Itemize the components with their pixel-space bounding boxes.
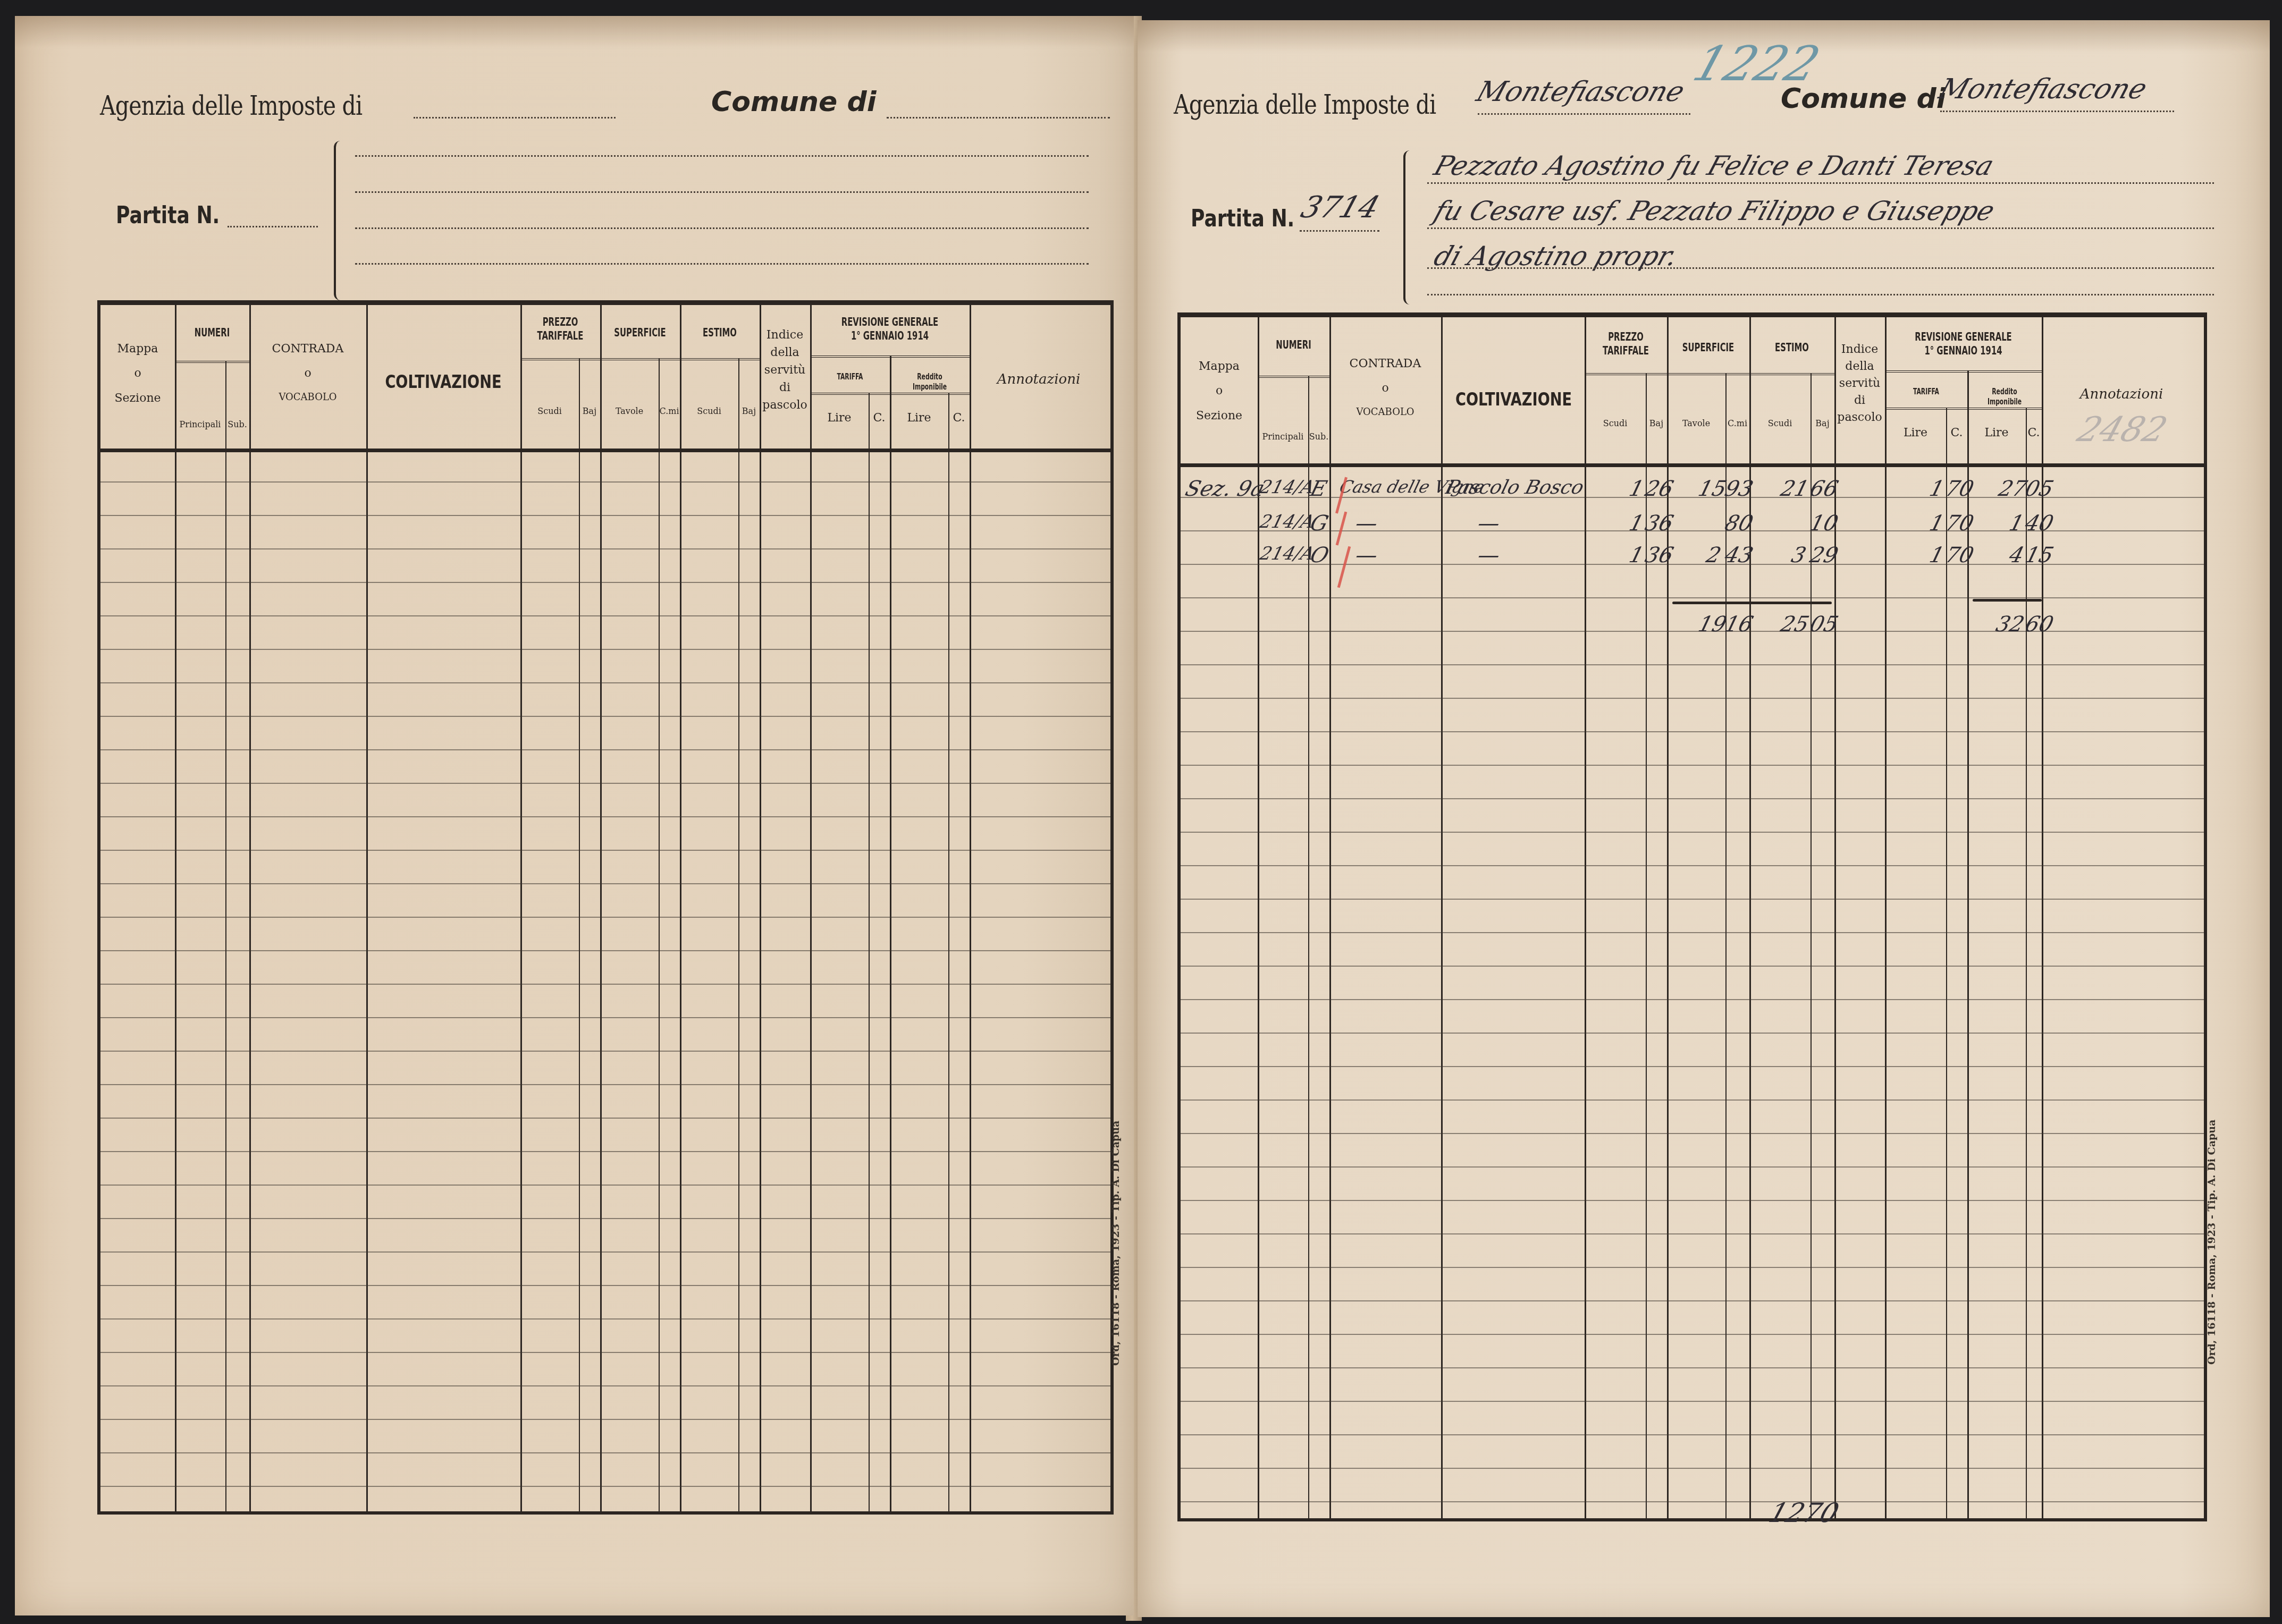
parcel-table-right: MappaoSezione NUMERI Principali Sub. CON… [1177,312,2207,1521]
footer-note: 1270 [1765,1498,1843,1528]
comune-field[interactable] [887,117,1110,119]
owner-rule [1427,227,2214,229]
partita-field [1300,230,1379,232]
owner-brace [334,141,343,300]
left-page: Agenzia delle Imposte di Comune di Parti… [15,16,1134,1615]
cell-principali: 214/A [1258,511,1317,532]
agenzia-field[interactable] [414,117,616,119]
printer-imprint-left: Ord, 16118 - Roma, 1923 - Tip. A. Di Cap… [1110,1121,1122,1366]
row-rules [100,305,1110,1511]
comune-field [1940,111,2174,112]
owner-line-4[interactable] [355,263,1089,265]
right-page: 1222 Agenzia delle Imposte di Montefiasc… [1138,20,2270,1617]
comune-label: Comune di [1781,83,1946,115]
comune-value[interactable]: Montefiascone [1935,73,2151,105]
agenzia-field [1478,113,1690,115]
owner-line-2[interactable] [355,191,1089,193]
owner-line-4[interactable] [1427,294,2214,295]
page-top-edge [15,16,1134,48]
partita-label: Partita N. [116,202,220,229]
cell-mappa: Sez. 9a [1183,477,1267,501]
partita-label: Partita N. [1191,205,1294,232]
cell-principali: 214/A [1258,543,1317,564]
total-rule [1973,599,2042,602]
partita-field[interactable] [228,226,318,227]
owner-line-3[interactable] [355,227,1089,229]
agenzia-value[interactable]: Montefiascone [1472,76,1688,108]
owner-line-1[interactable] [355,155,1089,157]
cell-coltivazione: Pascolo Bosco [1444,477,1586,498]
total-rule [1672,602,1832,604]
partita-value[interactable]: 3714 [1296,190,1384,225]
parcel-table-left: MappaoSezione NUMERI Principali Sub. CON… [97,300,1114,1515]
agenzia-label: Agenzia delle Imposte di [100,90,362,121]
owner-line-1[interactable]: Pezzato Agostino fu Felice e Danti Teres… [1430,150,1998,181]
cell-principali: 214/A [1258,477,1317,498]
owner-line-2[interactable]: fu Cesare usf. Pezzato Filippo e Giusepp… [1430,196,1999,226]
agenzia-label: Agenzia delle Imposte di [1174,89,1436,120]
printer-imprint-right: Ord, 16118 - Roma, 1923 - Tip. A. Di Cap… [2206,1120,2218,1365]
owner-brace [1403,150,1413,304]
owner-rule [1427,267,2214,269]
owner-rule [1427,182,2214,184]
comune-label: Comune di [711,86,877,118]
